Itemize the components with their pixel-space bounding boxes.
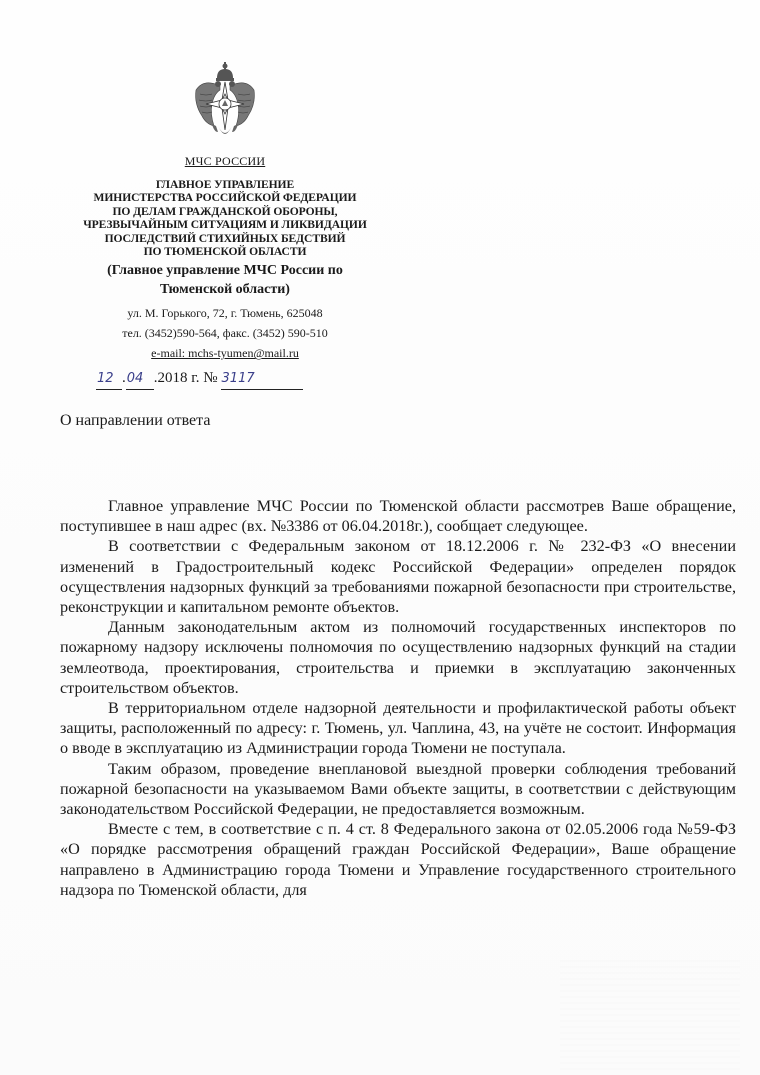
org-short-line: Тюменской области) [60, 280, 390, 299]
handwritten-day: 12 [96, 369, 122, 390]
letter-body: Главное управление МЧС России по Тюменск… [60, 496, 736, 900]
org-line: ПО ТЮМЕНСКОЙ ОБЛАСТИ [60, 245, 390, 258]
organization-short-name: (Главное управление МЧС России по Тюменс… [60, 261, 390, 299]
handwritten-month: 04 [126, 369, 154, 390]
body-paragraph: Данным законодательным актом из полномоч… [60, 617, 736, 698]
org-line: ГЛАВНОЕ УПРАВЛЕНИЕ [60, 178, 390, 191]
handwritten-registration-number: 3117 [221, 369, 303, 390]
body-paragraph: Таким образом, проведение внеплановой вы… [60, 759, 736, 820]
mchs-emblem-icon [190, 60, 260, 148]
year-and-number-label: .2018 г. № [154, 370, 218, 386]
body-paragraph: Главное управление МЧС России по Тюменск… [60, 496, 736, 536]
body-paragraph: В территориальном отделе надзорной деяте… [60, 698, 736, 759]
letter-subject: О направлении ответа [60, 410, 210, 432]
body-paragraph: Вместе с тем, в соответствие с п. 4 ст. … [60, 819, 736, 900]
ministry-short-name: МЧС РОССИИ [60, 154, 390, 168]
email-link[interactable]: e-mail: mchs-tyumen@mail.ru [60, 343, 390, 363]
org-short-line: (Главное управление МЧС России по [60, 261, 390, 280]
org-line: ЧРЕЗВЫЧАЙНЫМ СИТУАЦИЯМ И ЛИКВИДАЦИИ [60, 218, 390, 231]
body-paragraph: В соответствии с Федеральным законом от … [60, 536, 736, 617]
organization-full-name: ГЛАВНОЕ УПРАВЛЕНИЕ МИНИСТЕРСТВА РОССИЙСК… [60, 178, 390, 258]
address: ул. М. Горького, 72, г. Тюмень, 625048 [60, 303, 390, 323]
org-line: ПОСЛЕДСТВИЙ СТИХИЙНЫХ БЕДСТВИЙ [60, 232, 390, 245]
scanned-letter-page: МЧС РОССИИ ГЛАВНОЕ УПРАВЛЕНИЕ МИНИСТЕРСТ… [0, 0, 760, 1075]
phone-fax: тел. (3452)590-564, факс. (3452) 590-510 [60, 323, 390, 343]
registration-line: 12.04.2018 г. №3117 [96, 368, 303, 390]
contacts-block: ул. М. Горького, 72, г. Тюмень, 625048 т… [60, 303, 390, 363]
org-line: МИНИСТЕРСТВА РОССИЙСКОЙ ФЕДЕРАЦИИ [60, 191, 390, 204]
letterhead: МЧС РОССИИ ГЛАВНОЕ УПРАВЛЕНИЕ МИНИСТЕРСТ… [60, 60, 390, 363]
org-line: ПО ДЕЛАМ ГРАЖДАНСКОЙ ОБОРОНЫ, [60, 205, 390, 218]
scan-artifact [560, 960, 740, 1070]
